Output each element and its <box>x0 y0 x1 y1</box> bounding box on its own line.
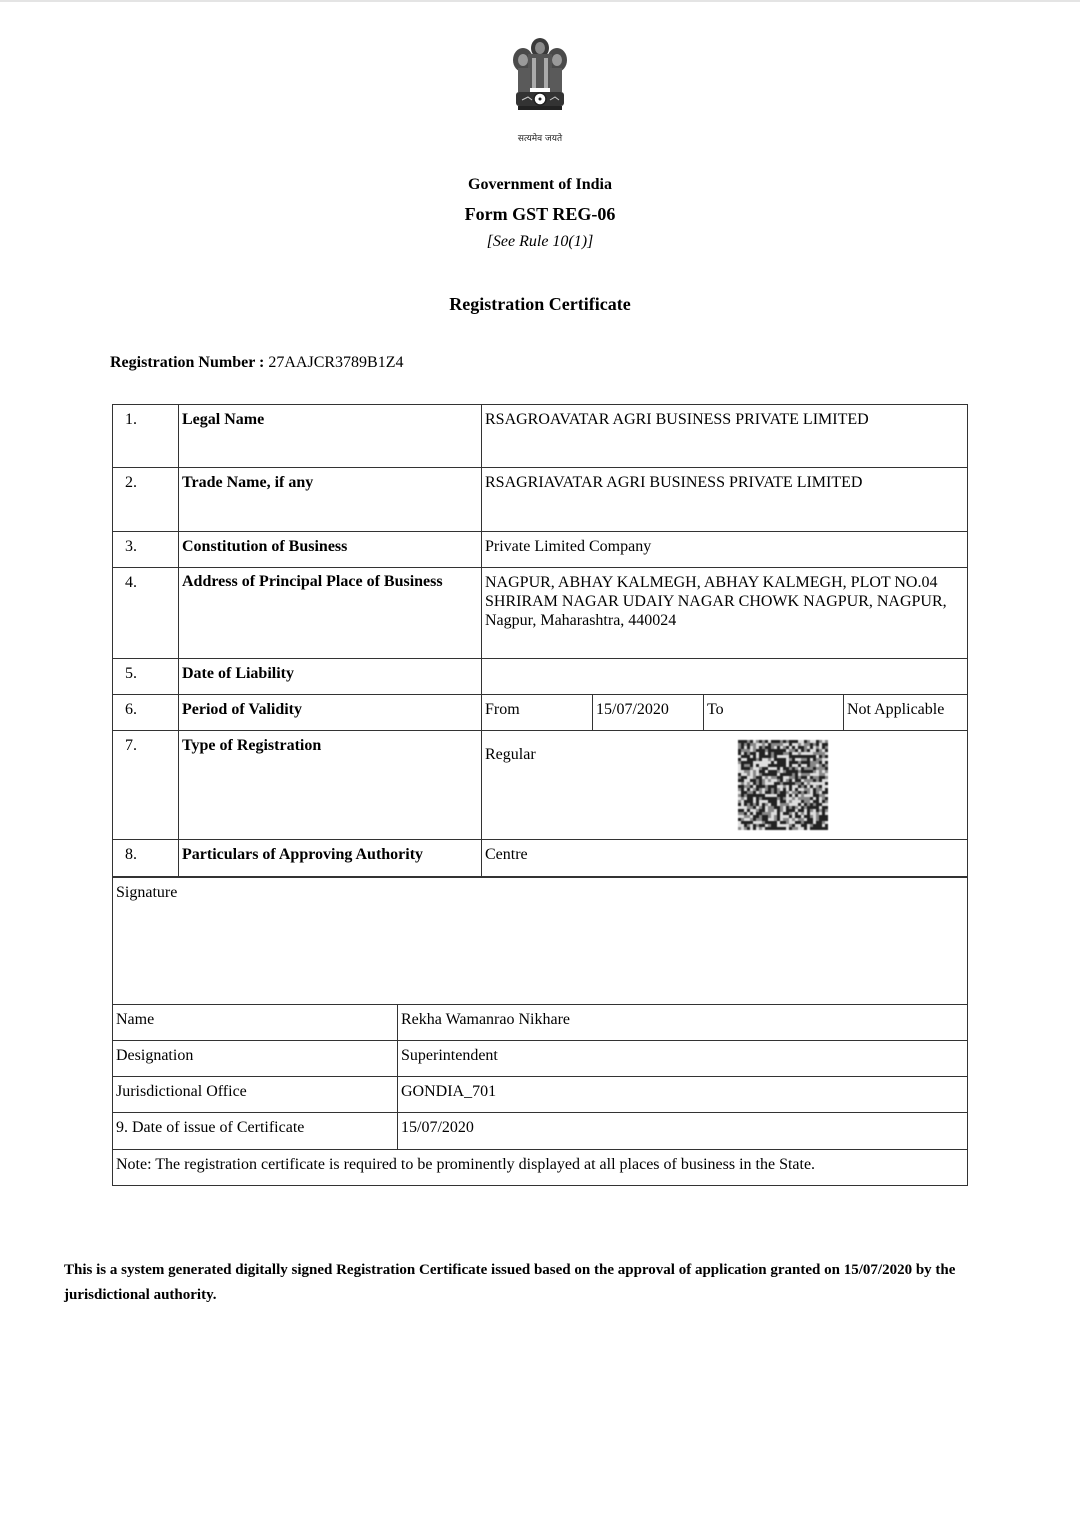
registration-details-table: 1. Legal Name RSAGROAVATAR AGRI BUSINESS… <box>112 404 968 877</box>
row-label: Constitution of Business <box>179 532 482 568</box>
row-label: Period of Validity <box>179 695 482 731</box>
validity-from-value: 15/07/2020 <box>593 695 704 731</box>
table-row: 1. Legal Name RSAGROAVATAR AGRI BUSINESS… <box>113 405 968 468</box>
table-row: 8. Particulars of Approving Authority Ce… <box>113 840 968 877</box>
government-heading: Government of India <box>0 176 1080 194</box>
row-number: 3. <box>113 532 179 568</box>
emblem-block: सत्यमेव जयते <box>500 34 580 149</box>
table-row: 7. Type of Registration Regular <box>113 731 968 840</box>
signature-label: Signature <box>113 878 968 1005</box>
national-emblem-icon <box>508 34 572 130</box>
jurisdictional-office-value: GONDIA_701 <box>398 1077 968 1113</box>
row-number: 1. <box>113 405 179 468</box>
row-label: Address of Principal Place of Business <box>179 568 482 659</box>
table-row: 4. Address of Principal Place of Busines… <box>113 568 968 659</box>
validity-to-value: Not Applicable <box>844 695 968 731</box>
row-number: 4. <box>113 568 179 659</box>
validity-from-label: From <box>482 695 593 731</box>
row-number: 8. <box>113 840 179 877</box>
legal-name-value: RSAGROAVATAR AGRI BUSINESS PRIVATE LIMIT… <box>482 405 968 468</box>
top-border <box>0 0 1080 2</box>
row-label: Date of Liability <box>179 659 482 695</box>
table-row: 5. Date of Liability <box>113 659 968 695</box>
table-row: 9. Date of issue of Certificate 15/07/20… <box>113 1113 968 1150</box>
registration-number-label: Registration Number : <box>110 354 264 371</box>
row-number: 7. <box>113 731 179 840</box>
table-row: 2. Trade Name, if any RSAGRIAVATAR AGRI … <box>113 468 968 532</box>
registration-number-value: 27AAJCR3789B1Z4 <box>268 354 403 371</box>
table-row: Signature <box>113 878 968 1005</box>
date-of-liability-value <box>482 659 968 695</box>
row-label: Type of Registration <box>179 731 482 840</box>
registration-type-value: Regular <box>485 745 964 764</box>
row-number: 2. <box>113 468 179 532</box>
row-label: Legal Name <box>179 405 482 468</box>
jurisdictional-office-label: Jurisdictional Office <box>113 1077 398 1113</box>
table-row: Jurisdictional Office GONDIA_701 <box>113 1077 968 1113</box>
designation-value: Superintendent <box>398 1041 968 1077</box>
address-value: NAGPUR, ABHAY KALMEGH, ABHAY KALMEGH, PL… <box>482 568 968 659</box>
table-row: 6. Period of Validity From 15/07/2020 To… <box>113 695 968 731</box>
table-row: Designation Superintendent <box>113 1041 968 1077</box>
registration-number-line: Registration Number : 27AAJCR3789B1Z4 <box>110 354 403 372</box>
row-number: 5. <box>113 659 179 695</box>
table-row: Note: The registration certificate is re… <box>113 1150 968 1186</box>
trade-name-value: RSAGRIAVATAR AGRI BUSINESS PRIVATE LIMIT… <box>482 468 968 532</box>
row-label: Trade Name, if any <box>179 468 482 532</box>
registration-type-cell: Regular <box>482 731 968 840</box>
row-number: 6. <box>113 695 179 731</box>
display-note: Note: The registration certificate is re… <box>113 1150 968 1186</box>
validity-to-label: To <box>704 695 844 731</box>
motto-text: सत्यमेव जयते <box>500 131 580 144</box>
form-title: Form GST REG-06 <box>0 204 1080 225</box>
issue-date-value: 15/07/2020 <box>398 1113 968 1150</box>
name-value: Rekha Wamanrao Nikhare <box>398 1005 968 1041</box>
table-row: 3. Constitution of Business Private Limi… <box>113 532 968 568</box>
system-generated-footer: This is a system generated digitally sig… <box>64 1258 1024 1308</box>
rule-reference: [See Rule 10(1)] <box>0 233 1080 251</box>
certificate-title: Registration Certificate <box>0 294 1080 315</box>
constitution-value: Private Limited Company <box>482 532 968 568</box>
qr-code-icon <box>738 740 828 830</box>
approving-authority-value: Centre <box>482 840 968 877</box>
name-label: Name <box>113 1005 398 1041</box>
signature-table: Signature Name Rekha Wamanrao Nikhare De… <box>112 877 968 1186</box>
table-row: Name Rekha Wamanrao Nikhare <box>113 1005 968 1041</box>
designation-label: Designation <box>113 1041 398 1077</box>
issue-date-label: 9. Date of issue of Certificate <box>113 1113 398 1150</box>
row-label: Particulars of Approving Authority <box>179 840 482 877</box>
